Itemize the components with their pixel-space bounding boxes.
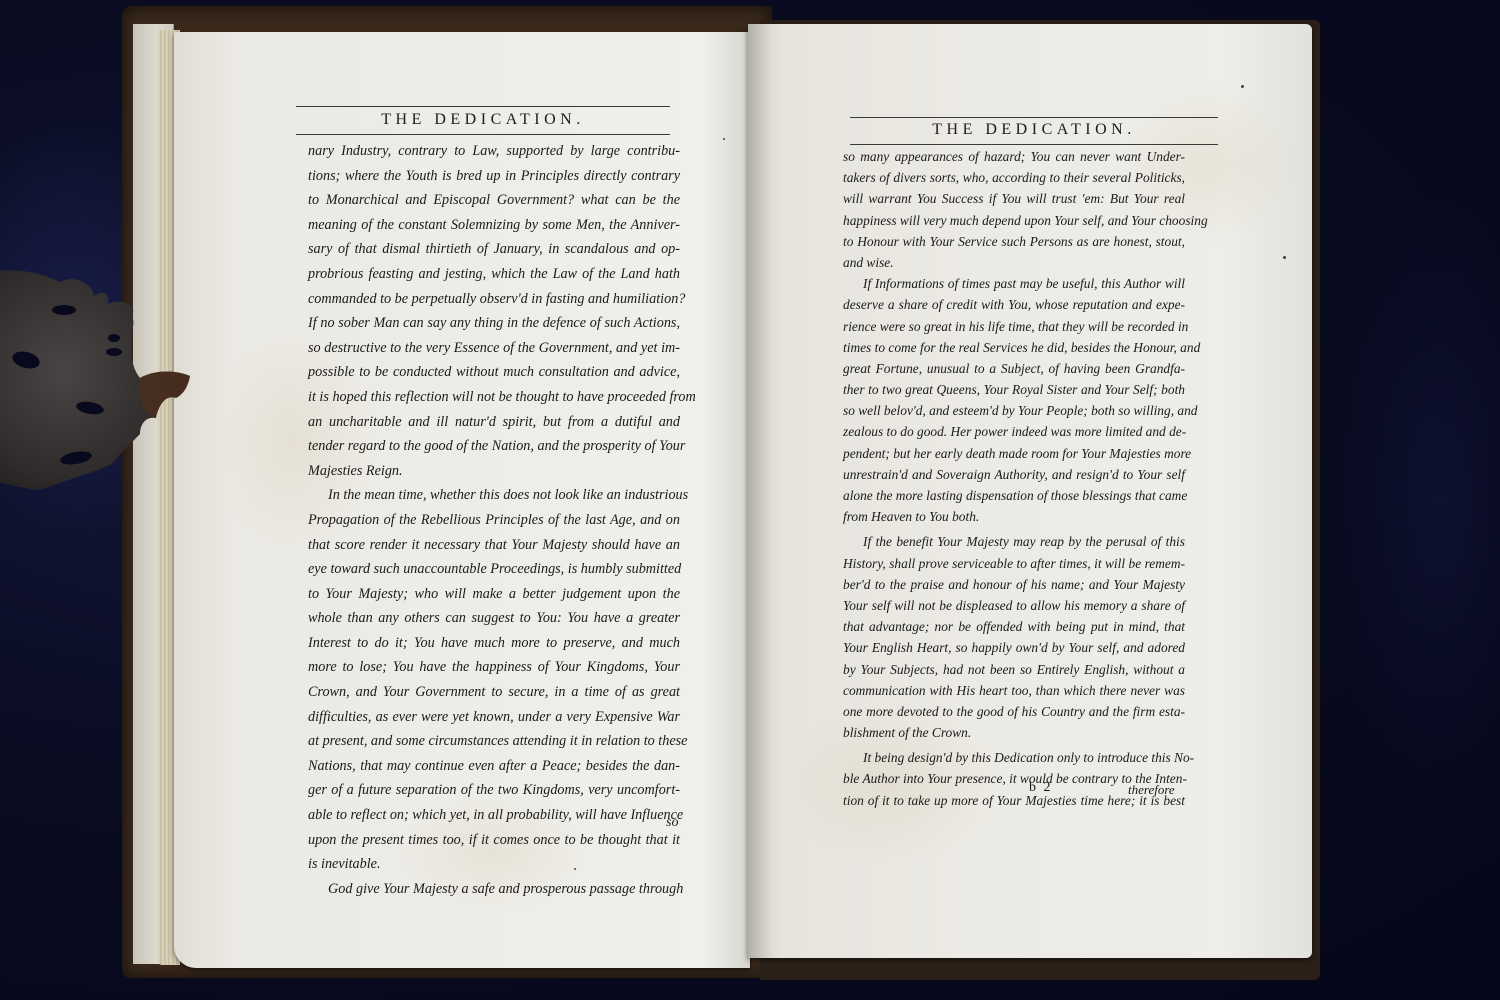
right-head-rule-bottom — [850, 144, 1218, 145]
text-line: and wise. — [843, 252, 1185, 273]
text-line: happiness will very much depend upon You… — [843, 210, 1185, 231]
text-line: difficulties, as ever were yet known, un… — [308, 705, 680, 730]
left-head-rule-top — [296, 106, 670, 107]
left-catchword: so — [666, 815, 678, 831]
text-line: rience were so great in his life time, t… — [843, 316, 1185, 337]
text-line: takers of divers sorts, who, according t… — [843, 167, 1185, 188]
text-line: ber'd to the praise and honour of his na… — [843, 574, 1185, 595]
text-line: communication with His heart too, than w… — [843, 680, 1185, 701]
left-running-head: THE DEDICATION. — [296, 111, 670, 129]
left-page-text: nary Industry, contrary to Law, supporte… — [308, 139, 680, 901]
right-catchword: therefore — [1128, 782, 1175, 798]
text-line: In the mean time, whether this does not … — [308, 483, 680, 508]
text-line: possible to be conducted without much co… — [308, 360, 680, 385]
text-line: to Your Majesty; who will make a better … — [308, 582, 680, 607]
gutter-shadow — [748, 24, 772, 958]
signature-mark: b 2 — [1029, 780, 1053, 796]
book-weight-icon — [0, 268, 192, 494]
text-line: eye toward such unaccountable Proceeding… — [308, 557, 680, 582]
text-line: tender regard to the good of the Nation,… — [308, 434, 680, 459]
text-line: that score render it necessary that Your… — [308, 533, 680, 558]
text-line: by Your Subjects, had not been so Entire… — [843, 659, 1185, 680]
text-line: pendent; but her early death made room f… — [843, 443, 1185, 464]
text-line: Interest to do it; You have much more to… — [308, 631, 680, 656]
text-line: so many appearances of hazard; You can n… — [843, 146, 1185, 167]
text-line: Your self will not be displeased to allo… — [843, 595, 1185, 616]
text-line: If no sober Man can say any thing in the… — [308, 311, 680, 336]
text-line: times to come for the real Services he d… — [843, 337, 1185, 358]
text-line: sary of that dismal thirtieth of January… — [308, 237, 680, 262]
text-line: great Fortune, unusual to a Subject, of … — [843, 358, 1185, 379]
text-line: God give Your Majesty a safe and prosper… — [308, 877, 680, 902]
text-line: It being design'd by this Dedication onl… — [843, 747, 1185, 768]
text-line: probrious feasting and jesting, which th… — [308, 262, 680, 287]
text-line: If Informations of times past may be use… — [843, 273, 1185, 294]
text-line: is inevitable. — [308, 852, 680, 877]
text-line: will warrant You Success if You will tru… — [843, 188, 1185, 209]
text-line: one more devoted to the good of his Coun… — [843, 701, 1185, 722]
text-line: commanded to be perpetually observ'd in … — [308, 287, 680, 312]
text-line: tions; where the Youth is bred up in Pri… — [308, 164, 680, 189]
text-line: to Honour with Your Service such Persons… — [843, 231, 1185, 252]
text-line: to Monarchical and Episcopal Government?… — [308, 188, 680, 213]
text-line: deserve a share of credit with You, whos… — [843, 294, 1185, 315]
text-line: an uncharitable and ill natur'd spirit, … — [308, 410, 680, 435]
text-line: blishment of the Crown. — [843, 722, 1185, 743]
text-line: that advantage; nor be offended with bei… — [843, 616, 1185, 637]
text-line: able to reflect on; which yet, in all pr… — [308, 803, 680, 828]
text-line: so well belov'd, and esteem'd by Your Pe… — [843, 400, 1185, 421]
text-line: more to lose; You have the happiness of … — [308, 655, 680, 680]
text-line: so destructive to the very Essence of th… — [308, 336, 680, 361]
right-running-head: THE DEDICATION. — [850, 121, 1218, 139]
text-line: If the benefit Your Majesty may reap by … — [843, 531, 1185, 552]
text-line: History, shall prove serviceable to afte… — [843, 553, 1185, 574]
right-head-rule-top — [850, 117, 1218, 118]
text-line: unrestrain'd and Soveraign Authority, an… — [843, 464, 1185, 485]
text-line: at present, and some circumstances atten… — [308, 729, 680, 754]
text-line: ther to two great Queens, Your Royal Sis… — [843, 379, 1185, 400]
right-page-text: so many appearances of hazard; You can n… — [843, 146, 1185, 811]
text-line: Majesties Reign. — [308, 459, 680, 484]
text-line: alone the more lasting dispensation of t… — [843, 485, 1185, 506]
cloth-fold — [1330, 200, 1500, 800]
text-line: it is hoped this reflection will not be … — [308, 385, 680, 410]
text-line: upon the present times too, if it comes … — [308, 828, 680, 853]
text-line: Propagation of the Rebellious Principles… — [308, 508, 680, 533]
text-line: nary Industry, contrary to Law, supporte… — [308, 139, 680, 164]
text-line: Your English Heart, so happily own'd by … — [843, 637, 1185, 658]
text-line: from Heaven to You both. — [843, 506, 1185, 527]
text-line: whole than any others can suggest to You… — [308, 606, 680, 631]
text-line: Nations, that may continue even after a … — [308, 754, 680, 779]
text-line: meaning of the constant Solemnizing by s… — [308, 213, 680, 238]
text-line: ger of a future separation of the two Ki… — [308, 778, 680, 803]
left-head-rule-bottom — [296, 134, 670, 135]
text-line: zealous to do good. Her power indeed was… — [843, 421, 1185, 442]
text-line: Crown, and Your Government to secure, in… — [308, 680, 680, 705]
